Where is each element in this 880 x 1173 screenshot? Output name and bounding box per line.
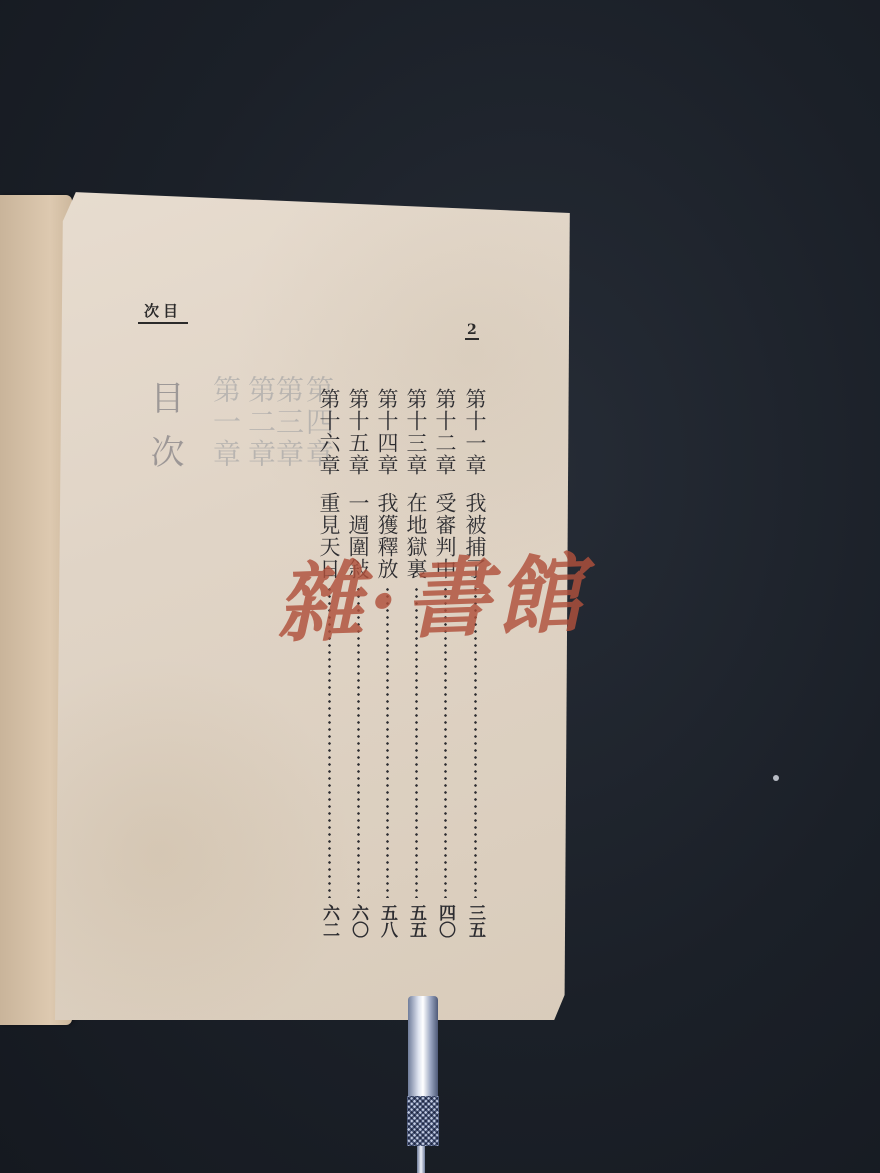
chapter-page: 五八	[377, 904, 397, 938]
chapter-label: 第十三章	[401, 388, 431, 480]
toc-entry: 第十二章 受審判中 四〇	[430, 388, 460, 938]
chapter-label: 第十二章	[430, 388, 460, 480]
chapter-page: 四〇	[435, 904, 455, 938]
watermark-stamp: 雜·書館	[274, 525, 590, 660]
pen-knurled-grip	[407, 1096, 439, 1146]
page-number: 2	[465, 322, 479, 340]
toc-entry: 第十一章 我被捕了 三五	[460, 388, 490, 938]
chapter-page: 六〇	[348, 904, 368, 938]
dust-speck	[773, 775, 779, 781]
chapter-label: 第十五章	[343, 388, 373, 480]
toc-entry: 第十六章 重見天日 六二	[314, 388, 344, 938]
running-header: 目次	[138, 300, 188, 324]
toc-entry: 第十四章 我獲釋放 五八	[372, 388, 402, 938]
metal-pen-tool	[405, 996, 441, 1173]
bleed-through-line: 第一章	[205, 375, 245, 471]
bleed-through-title: 目次	[140, 380, 189, 488]
chapter-label: 第十六章	[314, 388, 344, 480]
toc-entry: 第十三章 在地獄裏 五五	[401, 388, 431, 938]
chapter-label: 第十一章	[460, 388, 490, 480]
chapter-page: 六二	[319, 904, 339, 938]
chapter-page: 五五	[406, 904, 426, 938]
pen-body	[408, 996, 438, 1106]
chapter-page: 三五	[465, 904, 485, 938]
chapter-label: 第十四章	[372, 388, 402, 480]
toc-entry: 第十五章 一週圍敍 六〇	[343, 388, 373, 938]
pen-tip	[417, 1146, 425, 1173]
